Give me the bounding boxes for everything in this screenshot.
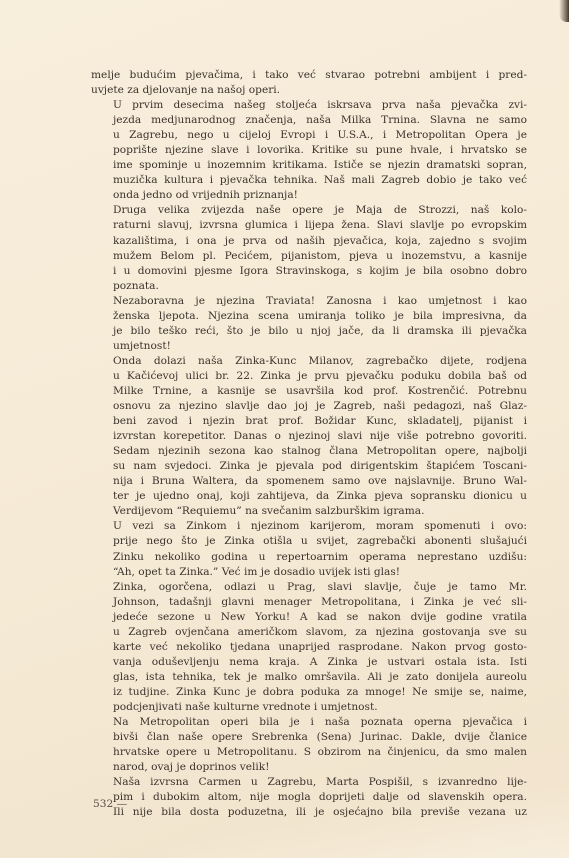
text-line: bivši član naše opere Srebrenka (Sena) J… — [91, 730, 527, 745]
text-line: izvrstan korepetitor. Danas o njezinoj s… — [91, 429, 527, 444]
text-line: ženska ljepota. Njezina scena umiranja t… — [91, 309, 527, 324]
text-line: Na Metropolitan operi bila je i naša poz… — [91, 715, 527, 730]
text-line: “Ah, opet ta Zinka.” Već im je dosadio u… — [91, 565, 527, 580]
text-line: ter je ujedno onaj, koji zahtijeva, da Z… — [91, 489, 527, 504]
paragraph: U prvim desecima našeg stoljeća iskrsava… — [91, 98, 527, 203]
text-line: kazalištima, i ona je prva od naših pjev… — [91, 234, 527, 249]
text-line: Johnson, tadašnji glavni menager Metropo… — [91, 595, 527, 610]
text-line: je bilo teško reći, što je bilo u njoj j… — [91, 324, 527, 339]
text-line: nija i Bruna Waltera, da spomenem samo o… — [91, 474, 527, 489]
text-line: podcjenjivati naše kulturne vrednote i u… — [91, 700, 527, 715]
paragraph: Druga velika zvijezda naše opere je Maja… — [91, 203, 527, 293]
text-line: onda jedno od vrijednih priznanja! — [91, 188, 527, 203]
text-line: jedeće sezone u New Yorku! A kad se nako… — [91, 610, 527, 625]
text-line: Onda dolazi naša Zinka-Kunc Milanov, zag… — [91, 354, 527, 369]
text-line: U vezi sa Zinkom i njezinom karijerom, m… — [91, 519, 527, 534]
text-line: Zinku nekoliko godina u repertoarnim ope… — [91, 550, 527, 565]
text-line: karte već nekoliko tjedana unaprijed ras… — [91, 640, 527, 655]
text-line: glas, ista tehnika, tek je malko omršavi… — [91, 670, 527, 685]
text-line: raturni slavuj, izvrsna glumica i lijepa… — [91, 218, 527, 233]
text-line: vanja oduševljenju nema kraja. A Zinka j… — [91, 655, 527, 670]
paragraph: U vezi sa Zinkom i njezinom karijerom, m… — [91, 519, 527, 579]
text-line: Naša izvrsna Carmen u Zagrebu, Marta Pos… — [91, 775, 527, 790]
text-line: hrvatske opere u Metropolitanu. S obziro… — [91, 745, 527, 760]
text-line: i u domovini pjesme Igora Stravinskoga, … — [91, 264, 527, 279]
text-line: Sedam njezinih sezona kao stalnog člana … — [91, 444, 527, 459]
page-number: 532 — — [93, 798, 127, 810]
body-text: melje budućim pjevačima, i tako već stva… — [91, 68, 527, 820]
text-line: osnovu za njezino slavlje dao joj je Zag… — [91, 399, 527, 414]
text-line: Nezaboravna je njezina Traviata! Zanosna… — [91, 294, 527, 309]
paragraph: melje budućim pjevačima, i tako već stva… — [91, 68, 527, 98]
paragraph: Zinka, ogorčena, odlazi u Prag, slavi sl… — [91, 580, 527, 715]
text-line: narod, ovaj je doprinos velik! — [91, 760, 527, 775]
text-line: U prvim desecima našeg stoljeća iskrsava… — [91, 98, 527, 113]
paragraph: Nezaboravna je njezina Traviata! Zanosna… — [91, 294, 527, 354]
paragraph: Onda dolazi naša Zinka-Kunc Milanov, zag… — [91, 354, 527, 520]
text-line: uvjete za djelovanje na našoj operi. — [91, 83, 527, 98]
text-line: su nam svjedoci. Zinka je pjevala pod di… — [91, 459, 527, 474]
text-line: ime spominje u inozemnim kritikama. Isti… — [91, 158, 527, 173]
text-line: poznata. — [91, 279, 527, 294]
text-line: beni zavod i njezin brat prof. Božidar K… — [91, 414, 527, 429]
text-line: u Zagrebu, nego u cijeloj Evropi i U.S.A… — [91, 128, 527, 143]
text-line: Druga velika zvijezda naše opere je Maja… — [91, 203, 527, 218]
text-line: u Kačićevoj ulici br. 22. Zinka je prvu … — [91, 369, 527, 384]
page-corner-shadow — [559, 0, 569, 22]
text-line: poprište njezine slave i lovorika. Kriti… — [91, 143, 527, 158]
text-line: melje budućim pjevačima, i tako već stva… — [91, 68, 527, 83]
text-line: mužem Belom pl. Pecićem, pijanistom, pje… — [91, 249, 527, 264]
text-line: Verdijevom “Requiemu” na svečanim salzbu… — [91, 504, 527, 519]
text-line: pim i dubokim altom, nije mogla doprijet… — [91, 790, 527, 805]
text-line: iz tudjine. Zinka Kunc je dobra poduka z… — [91, 685, 527, 700]
text-line: prije nego što je Zinka otišla u svijet,… — [91, 534, 527, 549]
text-line: Milke Trnine, a kasnije se usavršila kod… — [91, 384, 527, 399]
paragraph: Na Metropolitan operi bila je i naša poz… — [91, 715, 527, 775]
text-line: umjetnost! — [91, 339, 527, 354]
text-line: Zinka, ogorčena, odlazi u Prag, slavi sl… — [91, 580, 527, 595]
text-line: jezda medjunarodnog značenja, naša Milka… — [91, 113, 527, 128]
text-line: muzička kultura i pjevačka tehnika. Naš … — [91, 173, 527, 188]
book-page: melje budućim pjevačima, i tako već stva… — [0, 0, 569, 858]
text-line: Ili nije bila dosta poduzetna, ili je os… — [91, 805, 527, 820]
text-line: u Zagreb ovjenčana američkom slavom, za … — [91, 625, 527, 640]
paragraph: Naša izvrsna Carmen u Zagrebu, Marta Pos… — [91, 775, 527, 820]
